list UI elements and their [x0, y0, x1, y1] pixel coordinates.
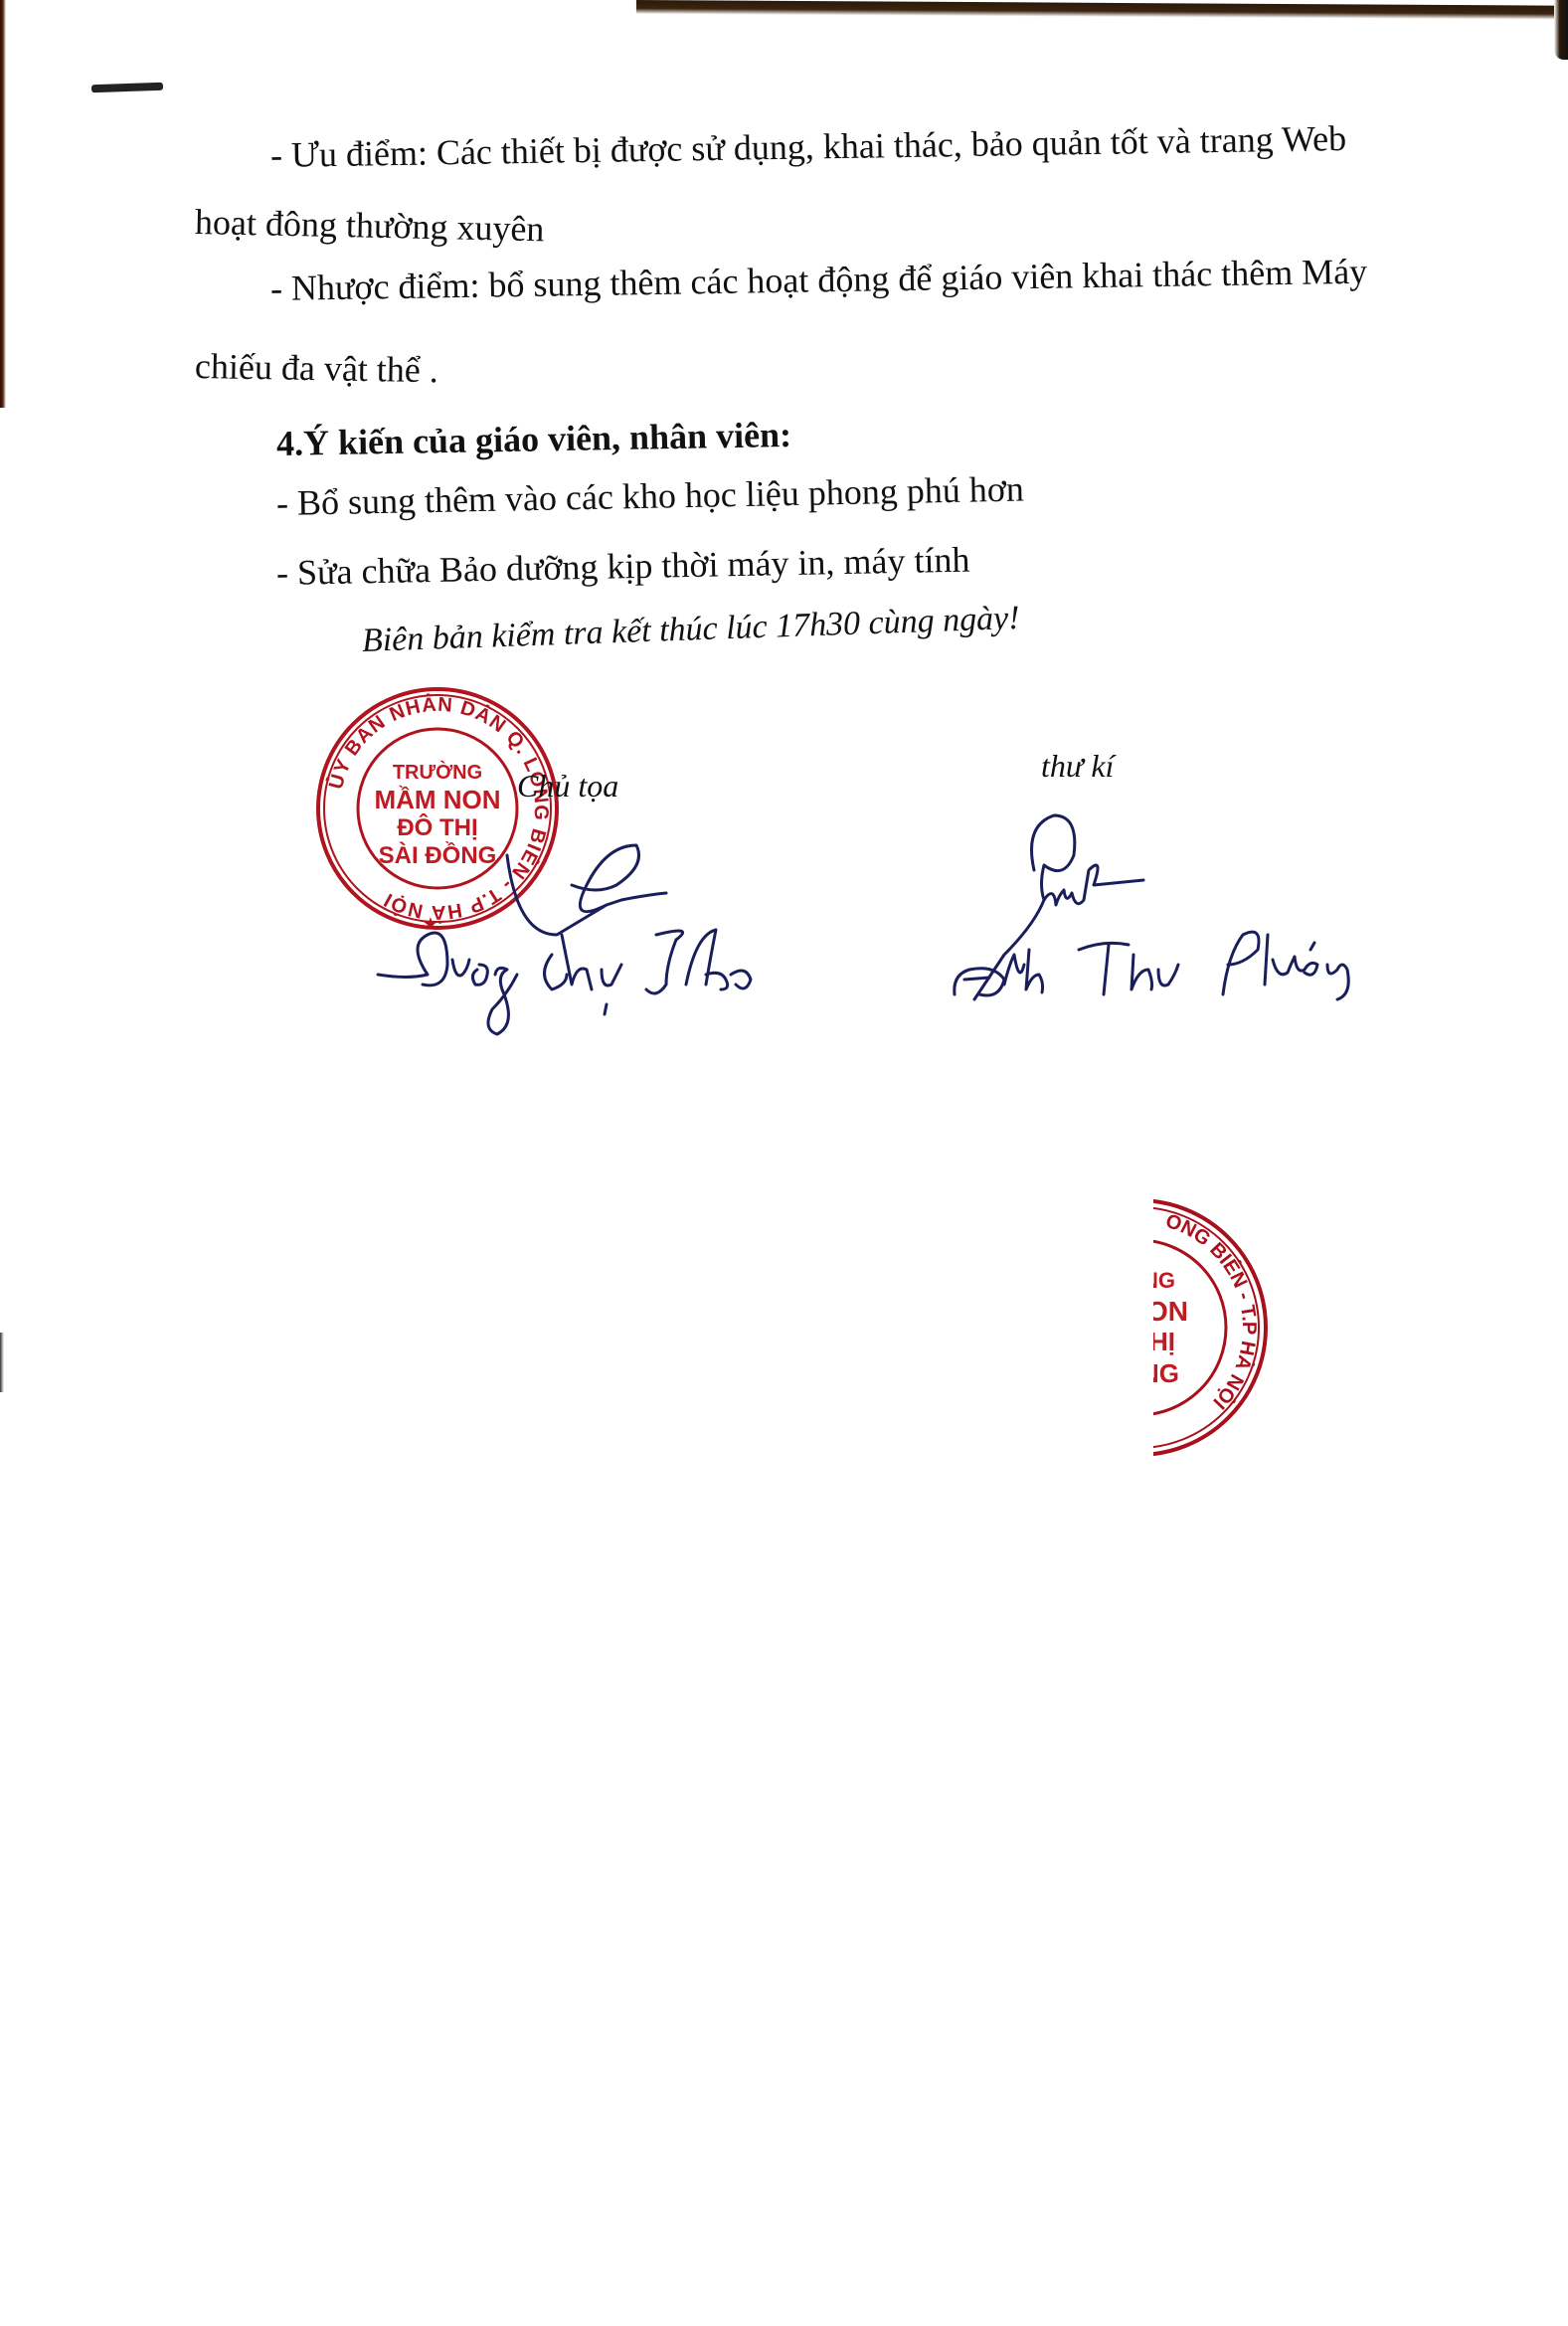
section-4-heading: 4.Ý kiến của giáo viên, nhân viên: [276, 417, 792, 461]
handwritten-dash-mark [91, 83, 163, 93]
svg-text:ỒNG: ỒNG [1153, 1358, 1179, 1388]
disadvantages-line-1: - Nhược điểm: bổ sung thêm các hoạt động… [270, 254, 1368, 306]
scan-edge-top [636, 0, 1568, 20]
section-4-item: - Bổ sung thêm vào các kho học liệu phon… [276, 471, 1024, 521]
svg-text:MẦM NON: MẦM NON [374, 785, 500, 814]
partial-stamp: ONG BIÊN - T.P HÀ NỘI NG NON THỊ ỒNG [1153, 1193, 1273, 1462]
svg-text:THỊ: THỊ [1153, 1327, 1175, 1356]
svg-text:NG: NG [1153, 1268, 1175, 1293]
secretary-title: thư kí [1041, 748, 1114, 785]
svg-text:TRƯỜNG: TRƯỜNG [393, 760, 482, 784]
handwritten-signature-icon [945, 786, 1362, 1024]
chair-title: Chủ tọa [517, 768, 618, 805]
advantages-line-1: - Ưu điểm: Các thiết bị được sử dụng, kh… [270, 120, 1347, 173]
scan-edge-left [0, 0, 6, 408]
secretary-signature [945, 786, 1362, 1024]
section-4-item: - Sửa chữa Bảo dưỡng kịp thời máy in, má… [276, 542, 970, 591]
svg-text:NON: NON [1153, 1296, 1188, 1327]
chair-signature [368, 825, 785, 1044]
handwritten-signature-icon [368, 825, 785, 1044]
advantages-line-2: hoạt đông thường xuyên [195, 204, 545, 247]
partial-stamp-seal-icon: ONG BIÊN - T.P HÀ NỘI NG NON THỊ ỒNG [1153, 1193, 1273, 1462]
closing-statement: Biên bản kiểm tra kết thúc lúc 17h30 cùn… [361, 602, 1020, 658]
scan-edge-left-lower [0, 1333, 4, 1392]
disadvantages-line-2: chiếu đa vật thể . [195, 348, 438, 388]
scan-edge-right [1554, 0, 1568, 60]
